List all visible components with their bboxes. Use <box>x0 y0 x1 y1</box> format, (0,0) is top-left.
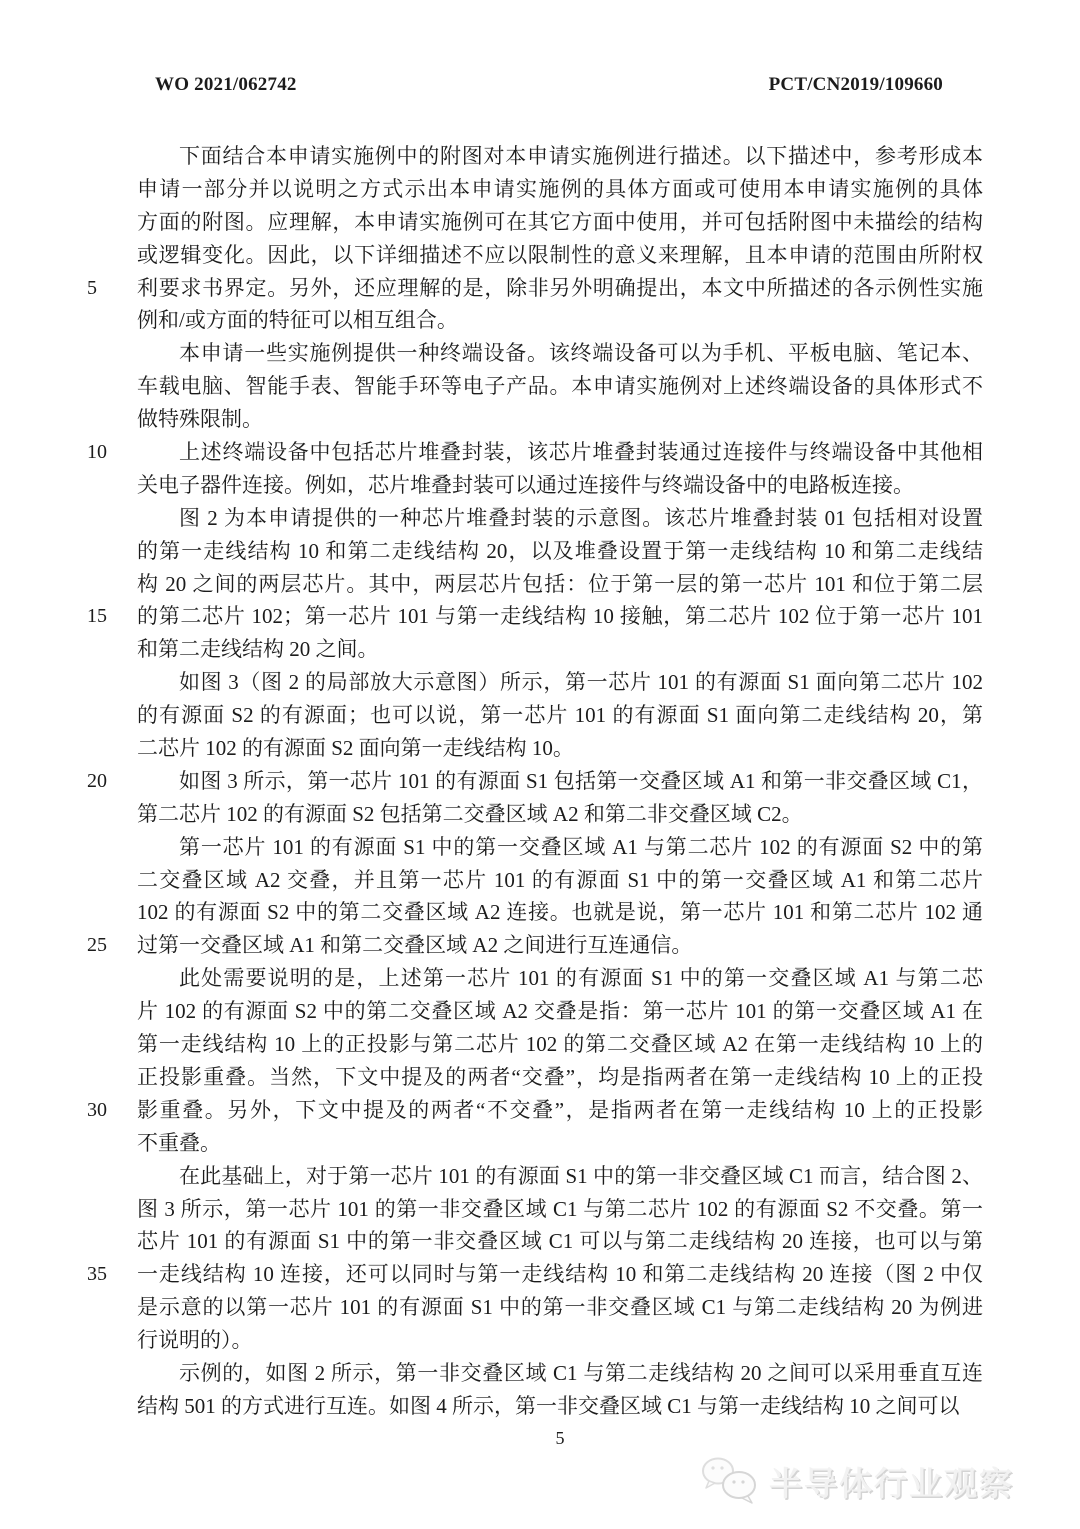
text-line: 的第一走线结构 10 和第二走线结构 20，以及堆叠设置于第一走线结构 10 和… <box>137 535 983 568</box>
line-text: 的有源面 S2 的有源面；也可以说，第一芯片 101 的有源面 S1 面向第二走… <box>137 703 983 727</box>
line-text: 结构 501 的方式进行互连。如图 4 所示，第一非交叠区域 C1 与第一走线结… <box>137 1394 960 1418</box>
line-text: 车载电脑、智能手表、智能手环等电子产品。本申请实施例对上述终端设备的具体形式不 <box>137 374 983 398</box>
text-line: 方面的附图。应理解，本申请实施例可在其它方面中使用，并可包括附图中未描绘的结构 <box>137 206 983 239</box>
line-text: 本申请一些实施例提供一种终端设备。该终端设备可以为手机、平板电脑、笔记本、 <box>179 341 983 365</box>
text-line: 或逻辑变化。因此，以下详细描述不应以限制性的意义来理解，且本申请的范围由所附权 <box>137 239 983 272</box>
line-text: 做特殊限制。 <box>137 407 263 431</box>
publication-number: WO 2021/062742 <box>155 74 297 96</box>
line-number: 35 <box>87 1258 109 1291</box>
text-line: 的有源面 S2 的有源面；也可以说，第一芯片 101 的有源面 S1 面向第二走… <box>137 699 983 732</box>
line-text: 的第一走线结构 10 和第二走线结构 20，以及堆叠设置于第一走线结构 10 和… <box>137 539 983 563</box>
text-line: 示例的，如图 2 所示，第一非交叠区域 C1 与第二走线结构 20 之间可以采用… <box>137 1357 983 1390</box>
text-line: 35一走线结构 10 连接，还可以同时与第一走线结构 10 和第二走线结构 20… <box>137 1258 983 1291</box>
line-text: 如图 3 所示，第一芯片 101 的有源面 S1 包括第一交叠区域 A1 和第一… <box>179 769 983 793</box>
text-line: 此处需要说明的是，上述第一芯片 101 的有源面 S1 中的第一交叠区域 A1 … <box>137 962 983 995</box>
line-text: 是示意的以第一芯片 101 的有源面 S1 中的第一非交叠区域 C1 与第二走线… <box>137 1295 983 1319</box>
line-text: 构 20 之间的两层芯片。其中，两层芯片包括：位于第一层的第一芯片 101 和位… <box>137 572 983 596</box>
text-line: 申请一部分并以说明之方式示出本申请实施例的具体方面或可使用本申请实施例的具体 <box>137 173 983 206</box>
page-number: 5 <box>137 1428 983 1449</box>
line-text: 的第二芯片 102；第一芯片 101 与第一走线结构 10 接触，第二芯片 10… <box>137 604 983 628</box>
watermark-text: 半导体行业观察 <box>769 1458 1014 1505</box>
line-number: 10 <box>87 436 109 469</box>
line-text: 例和/或方面的特征可以相互组合。 <box>137 308 458 332</box>
line-text: 方面的附图。应理解，本申请实施例可在其它方面中使用，并可包括附图中未描绘的结构 <box>137 210 983 234</box>
text-line: 102 的有源面 S2 中的第二交叠区域 A2 连接。也就是说，第一芯片 101… <box>137 896 983 929</box>
text-line: 在此基础上，对于第一芯片 101 的有源面 S1 中的第一非交叠区域 C1 而言… <box>137 1160 983 1193</box>
line-text: 一走线结构 10 连接，还可以同时与第一走线结构 10 和第二走线结构 20 连… <box>137 1262 983 1286</box>
watermark: 半导体行业观察 <box>699 1455 1014 1507</box>
text-line: 二交叠区域 A2 交叠，并且第一芯片 101 的有源面 S1 中的第一交叠区域 … <box>137 864 983 897</box>
text-line: 第二芯片 102 的有源面 S2 包括第二交叠区域 A2 和第二非交叠区域 C2… <box>137 798 983 831</box>
line-text: 上述终端设备中包括芯片堆叠封装，该芯片堆叠封装通过连接件与终端设备中其他相 <box>179 440 983 464</box>
line-text: 此处需要说明的是，上述第一芯片 101 的有源面 S1 中的第一交叠区域 A1 … <box>179 966 983 990</box>
text-line: 5利要求书界定。另外，还应理解的是，除非另外明确提出，本文中所描述的各示例性实施 <box>137 272 983 305</box>
line-text: 第二芯片 102 的有源面 S2 包括第二交叠区域 A2 和第二非交叠区域 C2… <box>137 802 803 826</box>
text-line: 20如图 3 所示，第一芯片 101 的有源面 S1 包括第一交叠区域 A1 和… <box>137 765 983 798</box>
line-text: 在此基础上，对于第一芯片 101 的有源面 S1 中的第一非交叠区域 C1 而言… <box>179 1164 983 1188</box>
text-line: 下面结合本申请实施例中的附图对本申请实施例进行描述。以下描述中，参考形成本 <box>137 140 983 173</box>
application-number: PCT/CN2019/109660 <box>769 74 943 96</box>
line-number: 5 <box>87 272 109 305</box>
line-text: 关电子器件连接。例如，芯片堆叠封装可以通过连接件与终端设备中的电路板连接。 <box>137 473 914 497</box>
line-text: 如图 3（图 2 的局部放大示意图）所示，第一芯片 101 的有源面 S1 面向… <box>179 670 983 694</box>
text-line: 二芯片 102 的有源面 S2 面向第一走线结构 10。 <box>137 732 983 765</box>
line-text: 二芯片 102 的有源面 S2 面向第一走线结构 10。 <box>137 736 574 760</box>
line-text: 片 102 的有源面 S2 中的第二交叠区域 A2 交叠是指：第一芯片 101 … <box>137 999 983 1023</box>
document-body: 下面结合本申请实施例中的附图对本申请实施例进行描述。以下描述中，参考形成本申请一… <box>137 140 983 1423</box>
text-line: 和第二走线结构 20 之间。 <box>137 633 983 666</box>
line-text: 或逻辑变化。因此，以下详细描述不应以限制性的意义来理解，且本申请的范围由所附权 <box>137 243 983 267</box>
line-text: 下面结合本申请实施例中的附图对本申请实施例进行描述。以下描述中，参考形成本 <box>179 144 983 168</box>
line-text: 102 的有源面 S2 中的第二交叠区域 A2 连接。也就是说，第一芯片 101… <box>137 900 983 924</box>
line-text: 示例的，如图 2 所示，第一非交叠区域 C1 与第二走线结构 20 之间可以采用… <box>179 1361 983 1385</box>
text-line: 第一走线结构 10 上的正投影与第二芯片 102 的第二交叠区域 A2 在第一走… <box>137 1028 983 1061</box>
text-line: 芯片 101 的有源面 S1 中的第一非交叠区域 C1 可以与第二走线结构 20… <box>137 1225 983 1258</box>
line-text: 影重叠。另外，下文中提及的两者“不交叠”，是指两者在第一走线结构 10 上的正投… <box>137 1098 983 1122</box>
text-line: 第一芯片 101 的有源面 S1 中的第一交叠区域 A1 与第二芯片 102 的… <box>137 831 983 864</box>
text-line: 例和/或方面的特征可以相互组合。 <box>137 304 983 337</box>
text-line: 图 3 所示，第一芯片 101 的第一非交叠区域 C1 与第二芯片 102 的有… <box>137 1193 983 1226</box>
wechat-logo-icon <box>699 1455 761 1507</box>
line-number: 25 <box>87 929 109 962</box>
text-line: 10上述终端设备中包括芯片堆叠封装，该芯片堆叠封装通过连接件与终端设备中其他相 <box>137 436 983 469</box>
text-lines: 下面结合本申请实施例中的附图对本申请实施例进行描述。以下描述中，参考形成本申请一… <box>137 140 983 1423</box>
line-text: 芯片 101 的有源面 S1 中的第一非交叠区域 C1 可以与第二走线结构 20… <box>137 1229 983 1253</box>
line-text: 利要求书界定。另外，还应理解的是，除非另外明确提出，本文中所描述的各示例性实施 <box>137 276 983 300</box>
line-text: 第一芯片 101 的有源面 S1 中的第一交叠区域 A1 与第二芯片 102 的… <box>179 835 983 859</box>
text-line: 关电子器件连接。例如，芯片堆叠封装可以通过连接件与终端设备中的电路板连接。 <box>137 469 983 502</box>
text-line: 15的第二芯片 102；第一芯片 101 与第一走线结构 10 接触，第二芯片 … <box>137 600 983 633</box>
line-text: 行说明的）。 <box>137 1328 253 1352</box>
text-line: 行说明的）。 <box>137 1324 983 1357</box>
line-text: 正投影重叠。当然，下文中提及的两者“交叠”，均是指两者在第一走线结构 10 上的… <box>137 1065 983 1089</box>
line-text: 和第二走线结构 20 之间。 <box>137 637 379 661</box>
line-text: 二交叠区域 A2 交叠，并且第一芯片 101 的有源面 S1 中的第一交叠区域 … <box>137 868 983 892</box>
text-line: 图 2 为本申请提供的一种芯片堆叠封装的示意图。该芯片堆叠封装 01 包括相对设… <box>137 502 983 535</box>
text-line: 构 20 之间的两层芯片。其中，两层芯片包括：位于第一层的第一芯片 101 和位… <box>137 568 983 601</box>
text-line: 做特殊限制。 <box>137 403 983 436</box>
text-line: 是示意的以第一芯片 101 的有源面 S1 中的第一非交叠区域 C1 与第二走线… <box>137 1291 983 1324</box>
page-header: WO 2021/062742 PCT/CN2019/109660 <box>155 74 943 96</box>
line-number: 30 <box>87 1094 109 1127</box>
text-line: 正投影重叠。当然，下文中提及的两者“交叠”，均是指两者在第一走线结构 10 上的… <box>137 1061 983 1094</box>
line-text: 第一走线结构 10 上的正投影与第二芯片 102 的第二交叠区域 A2 在第一走… <box>137 1032 983 1056</box>
text-line: 车载电脑、智能手表、智能手环等电子产品。本申请实施例对上述终端设备的具体形式不 <box>137 370 983 403</box>
line-text: 申请一部分并以说明之方式示出本申请实施例的具体方面或可使用本申请实施例的具体 <box>137 177 983 201</box>
line-number: 20 <box>87 765 109 798</box>
text-line: 结构 501 的方式进行互连。如图 4 所示，第一非交叠区域 C1 与第一走线结… <box>137 1390 983 1423</box>
text-line: 片 102 的有源面 S2 中的第二交叠区域 A2 交叠是指：第一芯片 101 … <box>137 995 983 1028</box>
line-text: 不重叠。 <box>137 1131 221 1155</box>
text-line: 25过第一交叠区域 A1 和第二交叠区域 A2 之间进行互连通信。 <box>137 929 983 962</box>
text-line: 不重叠。 <box>137 1127 983 1160</box>
text-line: 如图 3（图 2 的局部放大示意图）所示，第一芯片 101 的有源面 S1 面向… <box>137 666 983 699</box>
text-line: 本申请一些实施例提供一种终端设备。该终端设备可以为手机、平板电脑、笔记本、 <box>137 337 983 370</box>
line-text: 过第一交叠区域 A1 和第二交叠区域 A2 之间进行互连通信。 <box>137 933 692 957</box>
line-number: 15 <box>87 600 109 633</box>
patent-document-page: WO 2021/062742 PCT/CN2019/109660 下面结合本申请… <box>0 0 1080 1529</box>
text-line: 30影重叠。另外，下文中提及的两者“不交叠”，是指两者在第一走线结构 10 上的… <box>137 1094 983 1127</box>
line-text: 图 3 所示，第一芯片 101 的第一非交叠区域 C1 与第二芯片 102 的有… <box>137 1197 983 1221</box>
line-text: 图 2 为本申请提供的一种芯片堆叠封装的示意图。该芯片堆叠封装 01 包括相对设… <box>179 506 983 530</box>
